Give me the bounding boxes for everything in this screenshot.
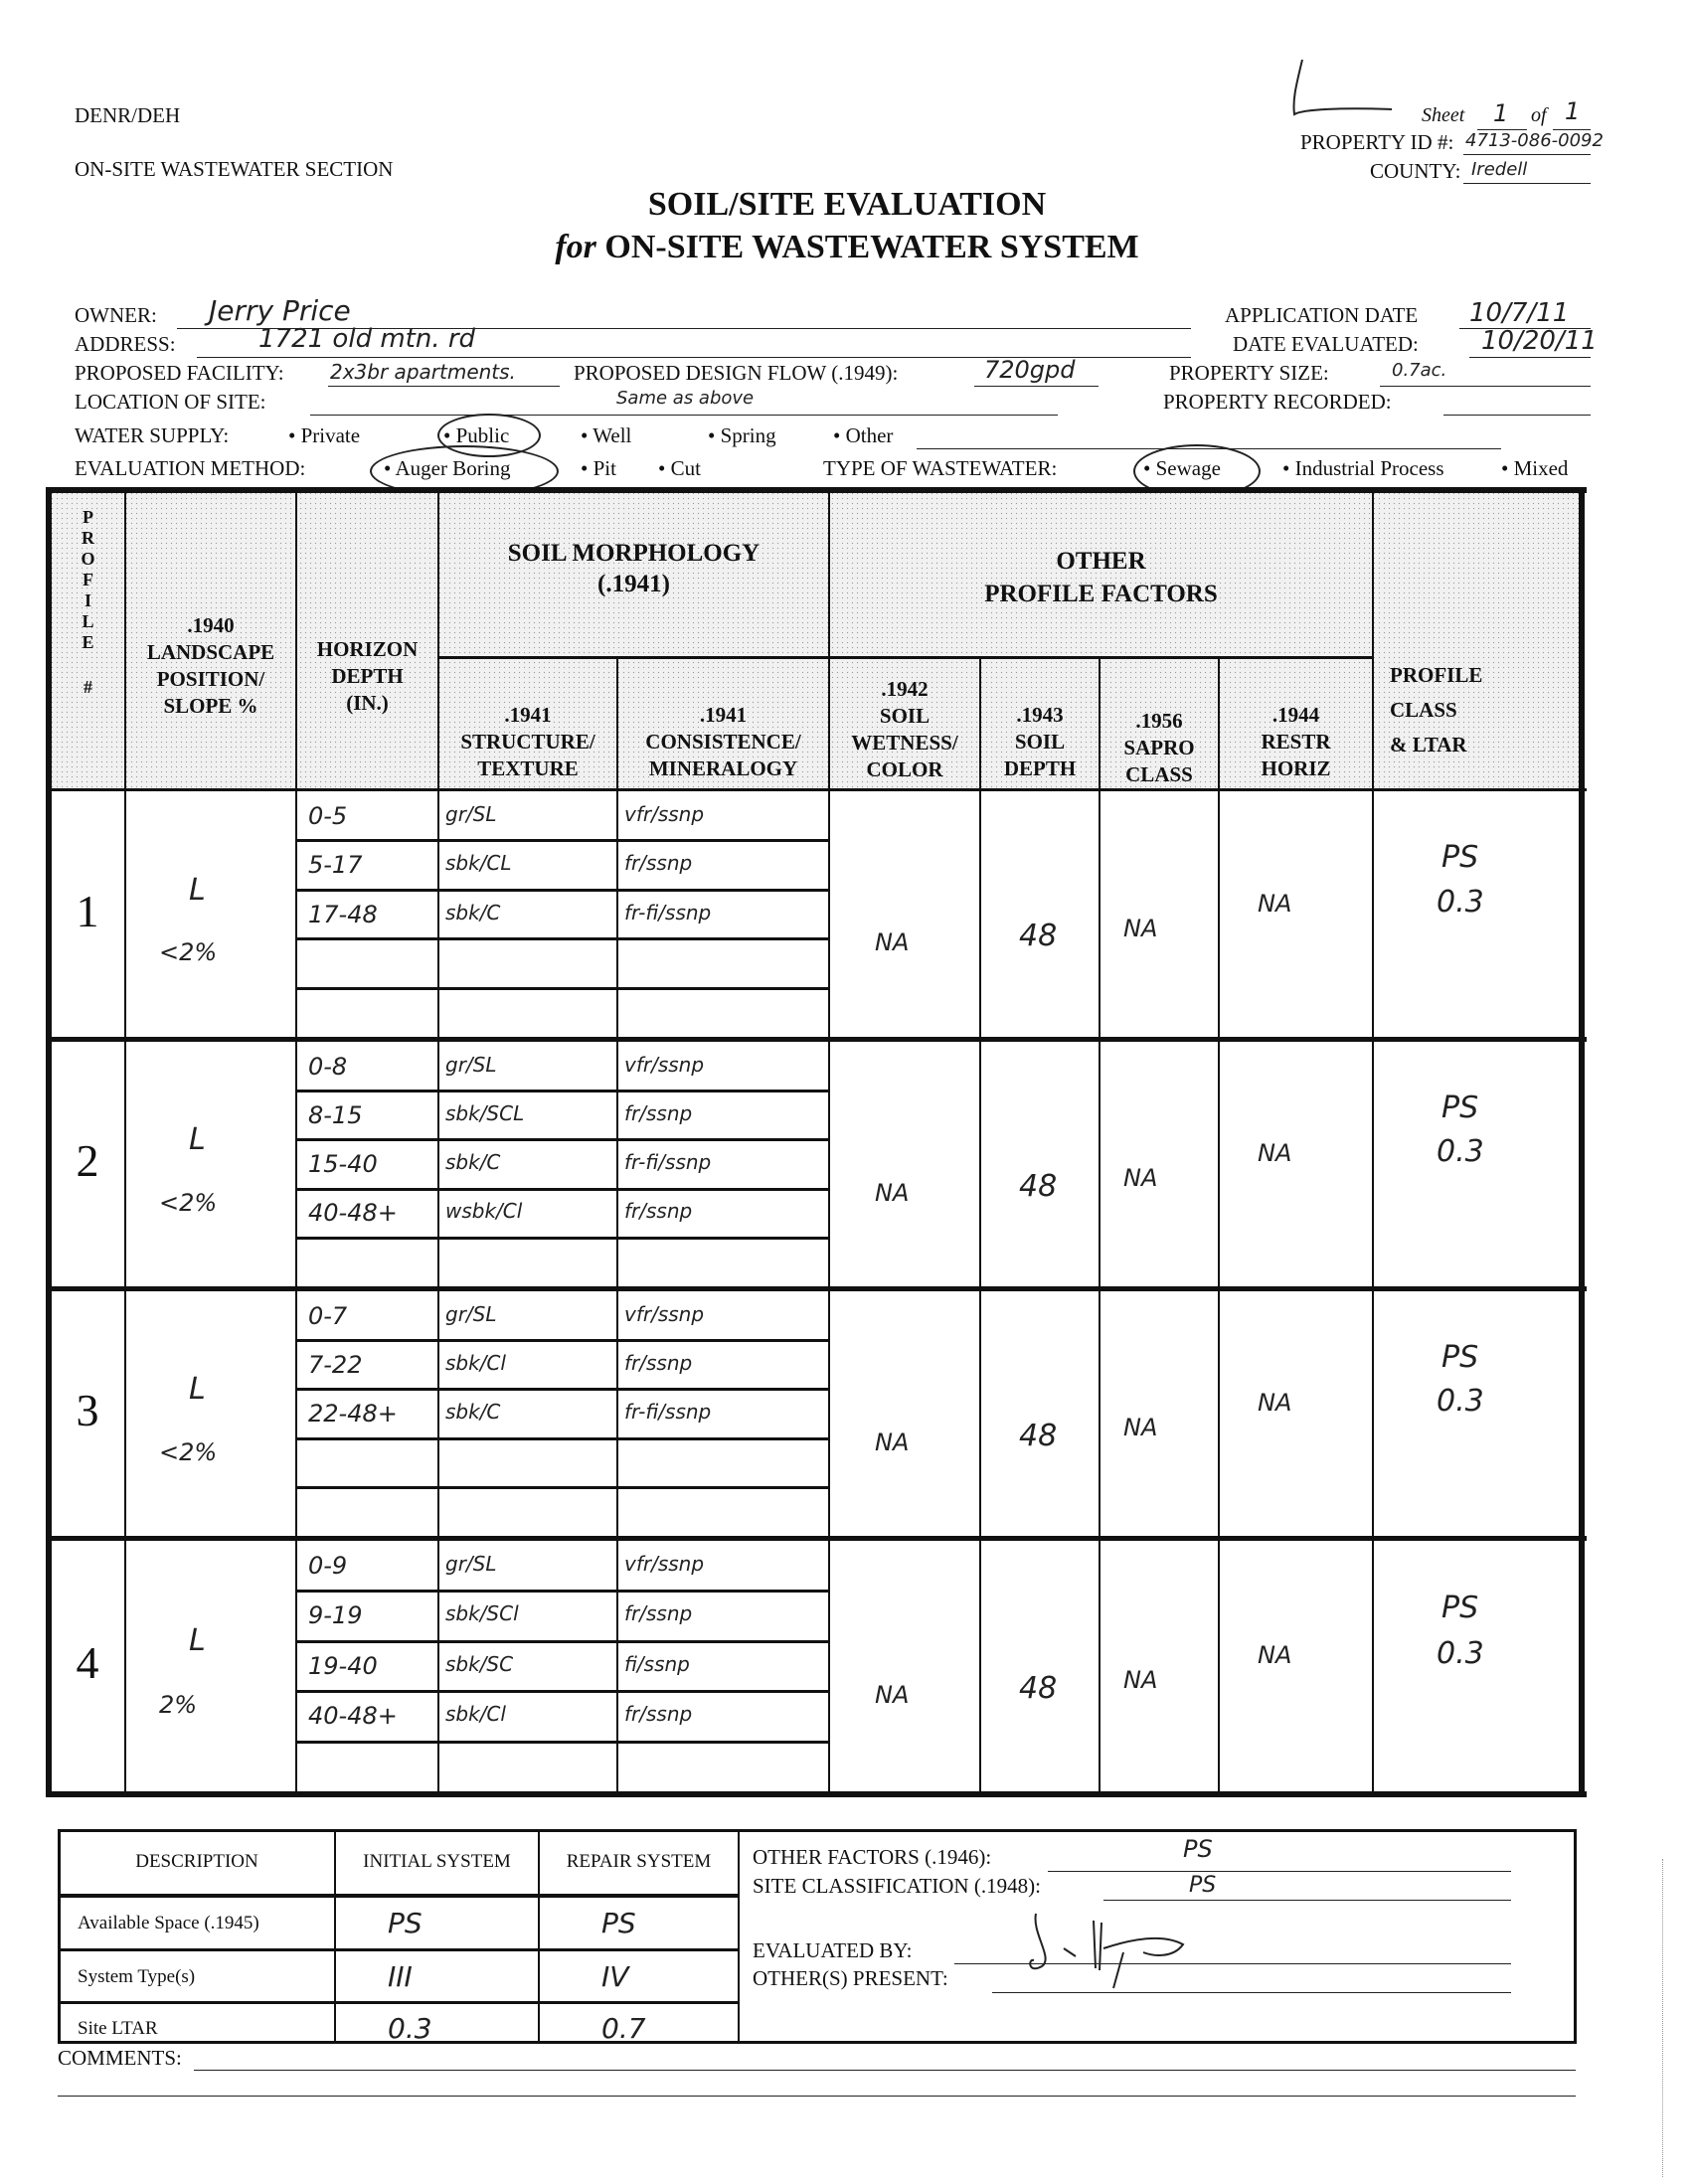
header-line: SOIL — [981, 729, 1099, 756]
profile-vertical-text: PROFILE — [52, 507, 124, 653]
soil-wetness-header: .1942SOILWETNESS/COLOR — [830, 676, 979, 783]
consistence-mineralogy-field[interactable]: fr-fi/ssnp — [624, 901, 711, 924]
section-label: ON-SITE WASTEWATER SECTION — [75, 157, 393, 182]
horizon-divider — [295, 1437, 828, 1440]
other-factors-field[interactable]: PS — [1183, 1835, 1213, 1863]
app-date-field[interactable]: 10/7/11 — [1469, 298, 1569, 328]
header-line: (IN.) — [297, 690, 437, 717]
wastewater-type-industrial[interactable]: • Industrial Process — [1282, 456, 1444, 481]
header-line: .1944 — [1220, 702, 1372, 729]
header-line: RESTR — [1220, 729, 1372, 756]
profile-number: 4 — [58, 1636, 117, 1689]
profile-letter: F — [52, 570, 124, 590]
profile-letter: I — [52, 590, 124, 611]
location-field[interactable]: Same as above — [616, 388, 754, 409]
profile-ltar-field[interactable]: 0.3 — [1437, 1134, 1484, 1169]
sapro-class-field[interactable]: NA — [1123, 915, 1157, 942]
horizon-divider — [295, 1640, 828, 1643]
header-line: & LTAR — [1390, 728, 1569, 762]
repair-system-field[interactable]: 0.7 — [601, 2012, 646, 2045]
property-id-label: PROPERTY ID #: — [1300, 130, 1453, 155]
header-line: POSITION/ — [126, 666, 295, 693]
header-line: HORIZON — [297, 636, 437, 663]
header-line: .1941 — [618, 702, 828, 729]
horizon-depth-field[interactable]: 15-40 — [308, 1150, 378, 1178]
property-size-field[interactable]: 0.7ac. — [1392, 360, 1446, 381]
horizon-divider — [295, 1188, 828, 1191]
horizon-divider — [295, 1339, 828, 1342]
address-label: ADDRESS: — [75, 332, 176, 357]
agency-label: DENR/DEH — [75, 103, 180, 128]
profile-letter: L — [52, 611, 124, 632]
soil-depth-field[interactable]: 48 — [1019, 1419, 1057, 1453]
design-flow-field[interactable]: 720gpd — [984, 356, 1076, 384]
header-line: DEPTH — [297, 663, 437, 690]
structure-texture-field[interactable]: sbk/C — [445, 901, 500, 924]
restr-horiz-header: .1944RESTRHORIZ — [1220, 702, 1372, 782]
structure-texture-field[interactable]: gr/SL — [445, 1302, 497, 1326]
consistence-mineralogy-field[interactable]: fi/ssnp — [624, 1652, 690, 1676]
soil-depth-field[interactable]: 48 — [1019, 919, 1057, 953]
horizon-divider — [295, 1486, 828, 1489]
profile-ltar-field[interactable]: 0.3 — [1437, 1384, 1484, 1419]
consistence-mineralogy-field[interactable]: fr/ssnp — [624, 1351, 692, 1375]
slope-field[interactable]: <2% — [159, 938, 217, 966]
owner-field[interactable]: Jerry Price — [209, 294, 351, 327]
landscape-position-field[interactable]: L — [189, 1372, 206, 1407]
scan-edge-artifact — [1662, 1859, 1664, 2177]
sapro-class-field[interactable]: NA — [1123, 1164, 1157, 1192]
slope-field[interactable]: <2% — [159, 1438, 217, 1466]
profile-letter: P — [52, 507, 124, 528]
soil-depth-field[interactable]: 48 — [1019, 1671, 1057, 1706]
slope-field[interactable]: <2% — [159, 1189, 217, 1217]
horizon-divider — [295, 1741, 828, 1744]
horizon-depth-field[interactable]: 5-17 — [308, 851, 362, 879]
date-evaluated-field[interactable]: 10/20/11 — [1481, 326, 1598, 356]
evaluated-by-label: EVALUATED BY: — [753, 1938, 912, 1963]
consistence-mineralogy-field[interactable]: vfr/ssnp — [624, 1053, 704, 1077]
option-label: Well — [593, 423, 631, 447]
evaluation-method-label: EVALUATION METHOD: — [75, 456, 305, 481]
soil-depth-header: .1943SOILDEPTH — [981, 702, 1099, 782]
structure-texture-field[interactable]: gr/SL — [445, 1552, 497, 1576]
structure-texture-field[interactable]: sbk/SC — [445, 1652, 513, 1676]
horizon-depth-field[interactable]: 8-15 — [308, 1101, 362, 1129]
horizon-divider — [295, 1138, 828, 1141]
header-line: .1942 — [830, 676, 979, 703]
structure-texture-field[interactable]: sbk/C — [445, 1400, 500, 1424]
horizon-divider — [295, 839, 828, 842]
location-label: LOCATION OF SITE: — [75, 390, 266, 415]
profile-number: 3 — [58, 1384, 117, 1436]
facility-label: PROPOSED FACILITY: — [75, 361, 284, 386]
horizon-divider — [295, 987, 828, 990]
consistence-mineralogy-field[interactable]: fr/ssnp — [624, 1601, 692, 1625]
owner-label: OWNER: — [75, 303, 157, 328]
initial-system-field[interactable]: PS — [388, 1907, 423, 1939]
header-line: OTHER — [830, 545, 1372, 578]
header-line: SOIL MORPHOLOGY — [439, 538, 828, 569]
sheet-total[interactable]: 1 — [1565, 97, 1580, 125]
landscape-position-field[interactable]: L — [189, 873, 206, 908]
sheet-number[interactable]: 1 — [1493, 99, 1508, 127]
soil-wetness-field[interactable]: NA — [875, 928, 909, 956]
site-classification-field[interactable]: PS — [1189, 1873, 1216, 1898]
property-id-field[interactable]: 4713-086-0092 — [1465, 130, 1604, 151]
option-label: Cut — [671, 456, 701, 480]
structure-texture-field[interactable]: sbk/SCL — [445, 1101, 524, 1125]
consistence-mineralogy-header: .1941CONSISTENCE/MINERALOGY — [618, 702, 828, 782]
structure-texture-field[interactable]: gr/SL — [445, 802, 497, 826]
option-label: Industrial Process — [1295, 456, 1444, 480]
county-label: COUNTY: — [1370, 159, 1460, 184]
evaluation-method-pit[interactable]: • Pit — [581, 456, 616, 481]
consistence-mineralogy-field[interactable]: fr-fi/ssnp — [624, 1400, 711, 1424]
consistence-mineralogy-field[interactable]: vfr/ssnp — [624, 1552, 704, 1576]
horizon-depth-field[interactable]: 0-5 — [308, 802, 347, 830]
structure-texture-field[interactable]: sbk/C — [445, 1150, 500, 1174]
header-line: DEPTH — [981, 756, 1099, 782]
date-evaluated-label: DATE EVALUATED: — [1233, 332, 1419, 357]
header-line: CLASS — [1390, 693, 1569, 728]
form-title: SOIL/SITE EVALUATION — [0, 186, 1694, 224]
landscape-column-header: .1940LANDSCAPEPOSITION/SLOPE % — [126, 612, 295, 720]
header-line: TEXTURE — [439, 756, 616, 782]
option-label: Mixed — [1514, 456, 1569, 480]
water-supply-private[interactable]: • Private — [288, 423, 360, 448]
horizon-depth-field[interactable]: 7-22 — [308, 1351, 362, 1379]
horizon-depth-column-header: HORIZONDEPTH(IN.) — [297, 636, 437, 717]
consistence-mineralogy-field[interactable]: vfr/ssnp — [624, 1302, 704, 1326]
landscape-position-field[interactable]: L — [189, 1623, 206, 1658]
horizon-depth-field[interactable]: 40-48+ — [308, 1702, 398, 1730]
design-flow-label: PROPOSED DESIGN FLOW (.1949): — [574, 361, 898, 386]
subtitle-text: ON-SITE WASTEWATER SYSTEM — [604, 229, 1138, 265]
header-line: .1956 — [1101, 708, 1218, 735]
consistence-mineralogy-field[interactable]: fr-fi/ssnp — [624, 1150, 711, 1174]
form-subtitle: for ON-SITE WASTEWATER SYSTEM — [0, 229, 1694, 266]
structure-texture-field[interactable]: sbk/Cl — [445, 1702, 506, 1726]
profile-number: 2 — [58, 1134, 117, 1187]
other-profile-factors-header: OTHERPROFILE FACTORS — [830, 545, 1372, 610]
evaluator-signature-icon[interactable] — [1024, 1909, 1253, 1998]
soil-depth-field[interactable]: 48 — [1019, 1169, 1057, 1204]
evaluation-method-cut[interactable]: • Cut — [658, 456, 701, 481]
header-line: LANDSCAPE — [126, 639, 295, 666]
restr-horiz-field[interactable]: NA — [1258, 1139, 1291, 1167]
others-present-label: OTHER(S) PRESENT: — [753, 1966, 948, 1991]
soil-wetness-field[interactable]: NA — [875, 1681, 909, 1709]
horizon-divider — [295, 937, 828, 940]
comments-label: COMMENTS: — [58, 2046, 182, 2071]
horizon-divider — [295, 889, 828, 892]
header-line: WETNESS/ — [830, 730, 979, 756]
consistence-mineralogy-field[interactable]: fr/ssnp — [624, 1702, 692, 1726]
profile-class-field[interactable]: PS — [1441, 840, 1478, 875]
structure-texture-header: .1941STRUCTURE/TEXTURE — [439, 702, 616, 782]
restr-horiz-field[interactable]: NA — [1258, 1641, 1291, 1669]
horizon-divider — [295, 1388, 828, 1391]
horizon-depth-field[interactable]: 0-7 — [308, 1302, 347, 1330]
property-size-label: PROPERTY SIZE: — [1169, 361, 1329, 386]
other-factors-label: OTHER FACTORS (.1946): — [753, 1845, 991, 1870]
summary-header-initial: INITIAL SYSTEM — [336, 1851, 538, 1873]
header-line: .1943 — [981, 702, 1099, 729]
repair-system-field[interactable]: IV — [601, 1960, 628, 1993]
county-field[interactable]: Iredell — [1471, 159, 1527, 180]
water-supply-label: WATER SUPPLY: — [75, 423, 229, 448]
horizon-divider — [295, 1237, 828, 1240]
summary-header-repair: REPAIR SYSTEM — [540, 1851, 738, 1873]
structure-texture-field[interactable]: sbk/SCl — [445, 1601, 519, 1625]
header-line: CONSISTENCE/ — [618, 729, 828, 756]
property-recorded-label: PROPERTY RECORDED: — [1163, 390, 1392, 415]
slope-field[interactable]: 2% — [159, 1691, 197, 1719]
consistence-mineralogy-field[interactable]: fr/ssnp — [624, 851, 692, 875]
horizon-divider — [295, 1590, 828, 1593]
wastewater-type-mixed[interactable]: • Mixed — [1501, 456, 1568, 481]
subtitle-prefix: for — [555, 229, 596, 265]
profile-class-field[interactable]: PS — [1441, 1591, 1478, 1625]
water-supply-spring[interactable]: • Spring — [708, 423, 776, 448]
sheet-of-label: of — [1531, 104, 1547, 127]
soil-morphology-header: SOIL MORPHOLOGY(.1941) — [439, 538, 828, 599]
header-line: COLOR — [830, 756, 979, 783]
soil-wetness-field[interactable]: NA — [875, 1428, 909, 1456]
profile-ltar-field[interactable]: 0.3 — [1437, 885, 1484, 920]
structure-texture-field[interactable]: wsbk/Cl — [445, 1199, 522, 1223]
corner-mark-icon — [1282, 60, 1432, 129]
structure-texture-field[interactable]: gr/SL — [445, 1053, 497, 1077]
profile-column-header: PROFILE # — [52, 507, 124, 698]
restr-horiz-field[interactable]: NA — [1258, 1389, 1291, 1417]
header-line: STRUCTURE/ — [439, 729, 616, 756]
horizon-divider — [295, 1090, 828, 1092]
structure-texture-field[interactable]: sbk/Cl — [445, 1351, 506, 1375]
sapro-class-field[interactable]: NA — [1123, 1414, 1157, 1441]
summary-row-label: Available Space (.1945) — [78, 1913, 259, 1934]
wastewater-type-label: TYPE OF WASTEWATER: — [823, 456, 1057, 481]
header-line: SLOPE % — [126, 693, 295, 720]
horizon-depth-field[interactable]: 0-9 — [308, 1552, 347, 1580]
consistence-mineralogy-field[interactable]: fr/ssnp — [624, 1101, 692, 1125]
summary-row-label: System Type(s) — [78, 1966, 195, 1988]
option-label: Pit — [593, 456, 616, 480]
header-line: .1940 — [126, 612, 295, 639]
horizon-depth-field[interactable]: 40-48+ — [308, 1199, 398, 1227]
profile-letter: O — [52, 549, 124, 570]
horizon-depth-field[interactable]: 22-48+ — [308, 1400, 398, 1428]
summary-row-label: Site LTAR — [78, 2018, 158, 2040]
landscape-position-field[interactable]: L — [189, 1122, 206, 1157]
header-line: SOIL — [830, 703, 979, 730]
option-label: Private — [301, 423, 360, 447]
horizon-divider — [295, 1690, 828, 1693]
profile-letter: R — [52, 528, 124, 549]
profile-class-header: PROFILECLASS& LTAR — [1390, 658, 1569, 762]
header-line: SAPRO — [1101, 735, 1218, 761]
header-line: (.1941) — [439, 569, 828, 599]
restr-horiz-field[interactable]: NA — [1258, 890, 1291, 918]
profile-letter: E — [52, 632, 124, 653]
option-label: Spring — [721, 423, 776, 447]
profile-ltar-field[interactable]: 0.3 — [1437, 1636, 1484, 1671]
water-supply-other[interactable]: • Other — [833, 423, 893, 448]
initial-system-field[interactable]: 0.3 — [388, 2012, 432, 2045]
sapro-class-header: .1956SAPROCLASS — [1101, 708, 1218, 788]
profile-hash: # — [52, 677, 124, 698]
facility-field[interactable]: 2x3br apartments. — [330, 360, 516, 384]
profile-class-field[interactable]: PS — [1441, 1091, 1478, 1125]
header-line: CLASS — [1101, 761, 1218, 788]
horizon-depth-field[interactable]: 9-19 — [308, 1601, 362, 1629]
header-line: PROFILE FACTORS — [830, 578, 1372, 610]
address-field[interactable]: 1721 old mtn. rd — [258, 324, 475, 354]
profile-number: 1 — [58, 885, 117, 937]
header-line: HORIZ — [1220, 756, 1372, 782]
profile-class-field[interactable]: PS — [1441, 1340, 1478, 1375]
app-date-label: APPLICATION DATE — [1225, 303, 1418, 328]
sapro-class-field[interactable]: NA — [1123, 1666, 1157, 1694]
soil-wetness-field[interactable]: NA — [875, 1179, 909, 1207]
site-classification-label: SITE CLASSIFICATION (.1948): — [753, 1874, 1041, 1899]
structure-texture-field[interactable]: sbk/CL — [445, 851, 512, 875]
sheet-label: Sheet — [1422, 104, 1464, 127]
header-line: PROFILE — [1390, 658, 1569, 693]
consistence-mineralogy-field[interactable]: vfr/ssnp — [624, 802, 704, 826]
water-supply-well[interactable]: • Well — [581, 423, 631, 448]
horizon-depth-field[interactable]: 0-8 — [308, 1053, 347, 1081]
horizon-depth-field[interactable]: 19-40 — [308, 1652, 378, 1680]
header-line: MINERALOGY — [618, 756, 828, 782]
horizon-depth-field[interactable]: 17-48 — [308, 901, 378, 928]
summary-header-description: DESCRIPTION — [60, 1851, 334, 1873]
option-label: Other — [846, 423, 894, 447]
header-line: .1941 — [439, 702, 616, 729]
repair-system-field[interactable]: PS — [601, 1907, 636, 1939]
initial-system-field[interactable]: III — [388, 1960, 413, 1993]
consistence-mineralogy-field[interactable]: fr/ssnp — [624, 1199, 692, 1223]
